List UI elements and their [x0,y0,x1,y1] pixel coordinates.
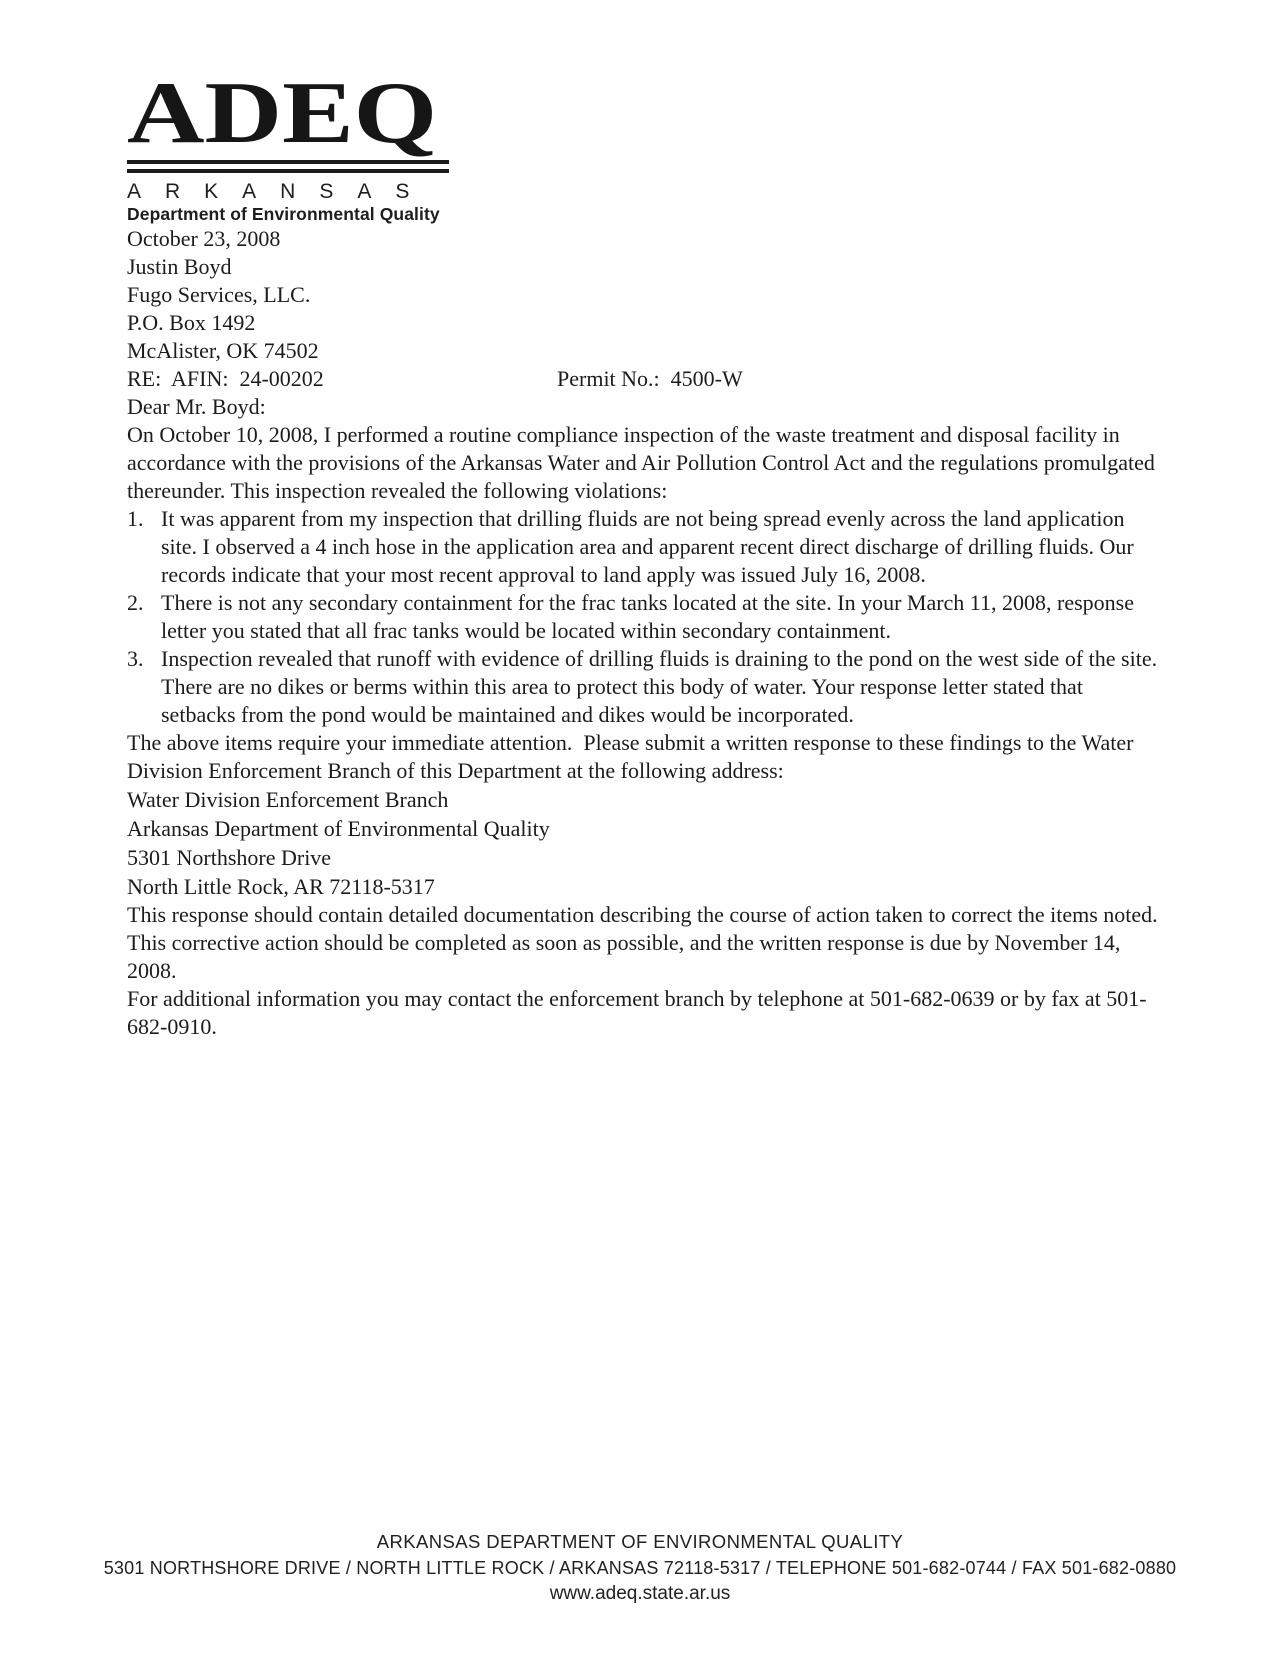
violations-list: 1. It was apparent from my inspection th… [127,505,1159,729]
letter-page: ADEQ ARKANSAS Department of Environmenta… [0,0,1280,1656]
recipient-po-box: P.O. Box 1492 [127,309,1159,337]
recipient-company: Fugo Services, LLC. [127,281,1159,309]
recipient-name: Justin Boyd [127,253,1159,281]
paragraph-inspection-intro: On October 10, 2008, I performed a routi… [127,421,1159,505]
recipient-address-block: Justin Boyd Fugo Services, LLC. P.O. Box… [127,253,1159,365]
letter-date: October 23, 2008 [127,225,1159,253]
recipient-city-state-zip: McAlister, OK 74502 [127,337,1159,365]
response-address-branch: Water Division Enforcement Branch [127,785,1159,814]
logo-state-name: ARKANSAS [127,180,1280,204]
paragraph-contact-info: For additional information you may conta… [127,985,1159,1041]
letterhead-footer: ARKANSAS DEPARTMENT OF ENVIRONMENTAL QUA… [0,1529,1280,1606]
letterhead: ADEQ ARKANSAS Department of Environmenta… [0,0,1280,225]
footer-website: www.adeq.state.ar.us [0,1581,1280,1606]
permit-number: Permit No.: 4500-W [557,365,743,393]
paragraph-response-request: The above items require your immediate a… [127,729,1159,785]
violation-number: 1. [127,505,161,589]
salutation: Dear Mr. Boyd: [127,393,1159,421]
paragraph-response-details: This response should contain detailed do… [127,901,1159,985]
violation-number: 2. [127,589,161,645]
violation-text: It was apparent from my inspection that … [161,505,1159,589]
response-address-city: North Little Rock, AR 72118-5317 [127,872,1159,901]
violation-item: 3. Inspection revealed that runoff with … [127,645,1159,729]
footer-address-phone: 5301 NORTHSHORE DRIVE / NORTH LITTLE ROC… [0,1555,1280,1581]
footer-agency-name: ARKANSAS DEPARTMENT OF ENVIRONMENTAL QUA… [0,1529,1280,1555]
afin-reference: RE: AFIN: 24-00202 [127,365,557,393]
violation-item: 2. There is not any secondary containmen… [127,589,1159,645]
adeq-logo: ADEQ ARKANSAS Department of Environmenta… [127,72,1280,225]
response-address-agency: Arkansas Department of Environmental Qua… [127,814,1159,843]
letter-body: October 23, 2008 Justin Boyd Fugo Servic… [0,225,1280,1041]
violation-item: 1. It was apparent from my inspection th… [127,505,1159,589]
violation-text: There is not any secondary containment f… [161,589,1159,645]
response-address-block: Water Division Enforcement Branch Arkans… [127,785,1159,901]
violation-number: 3. [127,645,161,729]
reference-line: RE: AFIN: 24-00202 Permit No.: 4500-W [127,365,1159,393]
logo-department-name: Department of Environmental Quality [127,204,1280,225]
logo-acronym: ADEQ [127,72,437,156]
response-address-street: 5301 Northshore Drive [127,843,1159,872]
violation-text: Inspection revealed that runoff with evi… [161,645,1159,729]
